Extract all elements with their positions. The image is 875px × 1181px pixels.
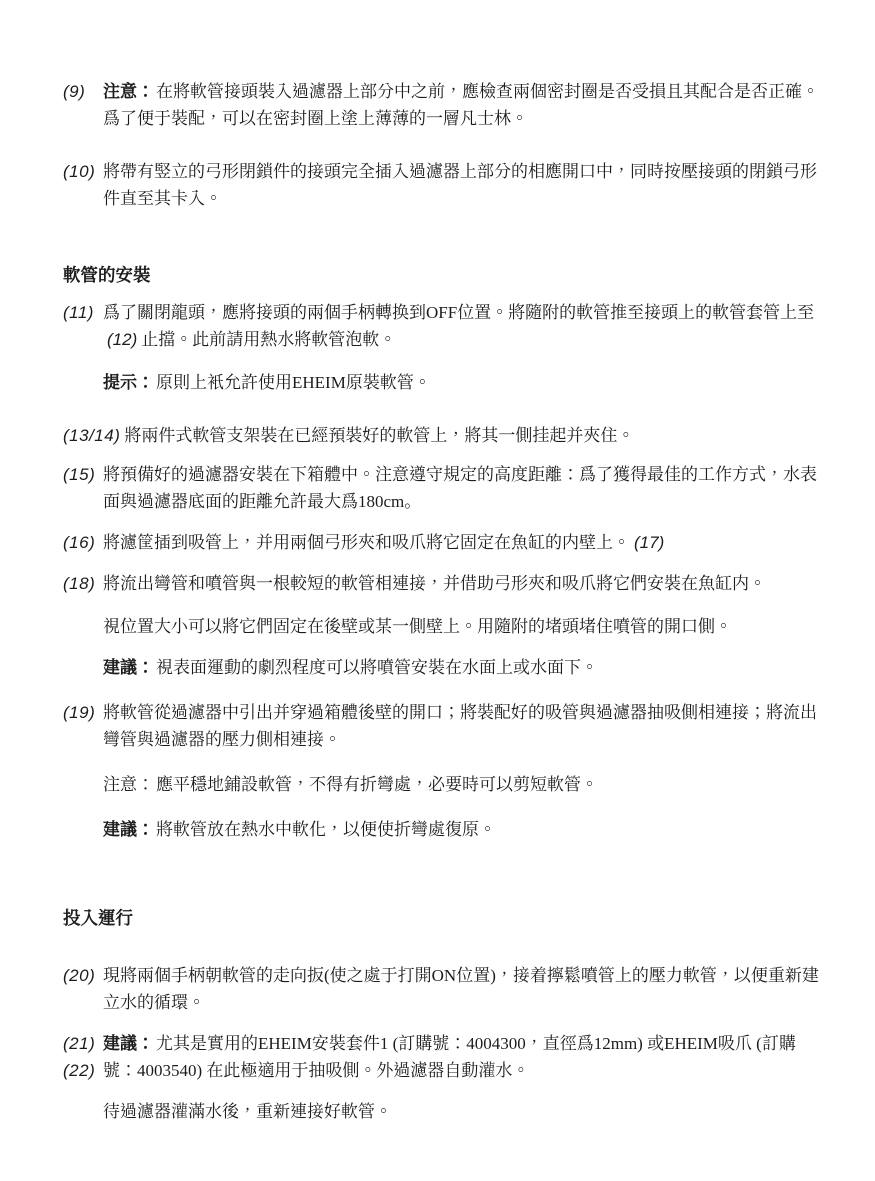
advice-label: 建議： xyxy=(103,658,154,677)
item-number: (20) xyxy=(63,962,99,989)
section-heading-operation: 投入運行 xyxy=(63,905,825,932)
list-item-15: (15)將預備好的過濾器安裝在下箱體中。注意遵守規定的高度距離：爲了獲得最佳的工… xyxy=(63,461,825,515)
list-item-21: (21)建議：尤其是實用的EHEIM安裝套件1 (訂購號：4004300，直徑爲… xyxy=(63,1030,825,1057)
advice-label: 建議： xyxy=(103,1034,154,1053)
item-number: (9) xyxy=(63,78,99,105)
item-text: 尤其是實用的EHEIM安裝套件1 (訂購號：4004300，直徑爲12mm) 或… xyxy=(156,1034,796,1053)
item-text: 將濾筐插到吸管上，并用兩個弓形夾和吸爪將它固定在魚缸的内壁上。 xyxy=(103,533,630,552)
manual-page: (9)注意：在將軟管接頭裝入過濾器上部分中之前，應檢查兩個密封圈是否受損且其配合… xyxy=(0,0,875,1181)
note-label: 注意： xyxy=(103,775,154,794)
list-item-22: (22)號：4003540) 在此極適用于抽吸側。外過濾器自動灌水。 xyxy=(63,1057,825,1084)
note-paragraph: 注意：應平穩地鋪設軟管，不得有折彎處，必要時可以剪短軟管。 xyxy=(103,771,825,798)
section-heading-hose-installation: 軟管的安裝 xyxy=(63,262,825,289)
list-item-20: (20)現將兩個手柄朝軟管的走向扳(使之處于打開ON位置)，接着擰鬆噴管上的壓力… xyxy=(63,962,825,1016)
note-text: 應平穩地鋪設軟管，不得有折彎處，必要時可以剪短軟管。 xyxy=(156,775,598,794)
item-number: (16) xyxy=(63,529,99,556)
list-item-19: (19)將軟管從過濾器中引出并穿過箱體後壁的開口；將裝配好的吸管與過濾器抽吸側相… xyxy=(63,699,825,753)
list-item-9: (9)注意：在將軟管接頭裝入過濾器上部分中之前，應檢查兩個密封圈是否受損且其配合… xyxy=(63,78,825,132)
advice-paragraph: 建議：視表面運動的劇烈程度可以將噴管安裝在水面上或水面下。 xyxy=(103,654,825,681)
paragraph-text: 待過濾器灌滿水後，重新連接好軟管。 xyxy=(103,1102,392,1121)
closing-paragraph: 待過濾器灌滿水後，重新連接好軟管。 xyxy=(103,1098,825,1125)
paragraph-text: 視位置大小可以將它們固定在後壁或某一側壁上。用隨附的堵頭堵住噴管的開口側。 xyxy=(103,617,732,636)
item-number: (11) xyxy=(63,299,99,326)
item-text: 將兩件式軟管支架裝在已經預裝好的軟管上，將其一側挂起并夾住。 xyxy=(124,426,634,445)
item-number: (21) xyxy=(63,1030,99,1057)
item-text: 止擋。此前請用熱水將軟管泡軟。 xyxy=(141,330,396,349)
tip-text: 原則上衹允許使用EHEIM原裝軟管。 xyxy=(156,373,431,392)
list-item-10: (10)將帶有竪立的弓形閉鎖件的接頭完全插入過濾器上部分的相應開口中，同時按壓接… xyxy=(63,158,825,212)
tip-paragraph: 提示：原則上衹允許使用EHEIM原裝軟管。 xyxy=(103,369,825,396)
item-text: 在將軟管接頭裝入過濾器上部分中之前，應檢查兩個密封圈是否受損且其配合是否正確。爲… xyxy=(103,82,819,128)
advice-paragraph: 建議：將軟管放在熱水中軟化，以便使折彎處復原。 xyxy=(103,816,825,843)
item-text: 號：4003540) 在此極適用于抽吸側。外過濾器自動灌水。 xyxy=(103,1061,529,1080)
item-text: 爲了關閉龍頭，應將接頭的兩個手柄轉换到OFF位置。將隨附的軟管推至接頭上的軟管套… xyxy=(103,303,814,322)
list-item-18: (18)將流出彎管和噴管與一根較短的軟管相連接，并借助弓形夾和吸爪將它們安裝在魚… xyxy=(63,570,825,597)
advice-text: 將軟管放在熱水中軟化，以便使折彎處復原。 xyxy=(156,820,496,839)
item-number: (10) xyxy=(63,158,99,185)
tip-label: 提示： xyxy=(103,373,154,392)
figure-ref-12: (12) xyxy=(107,330,137,349)
figure-ref-17: (17) xyxy=(634,533,664,552)
item-text: 將流出彎管和噴管與一根較短的軟管相連接，并借助弓形夾和吸爪將它們安裝在魚缸内。 xyxy=(103,574,766,593)
note-label: 注意： xyxy=(103,82,154,101)
advice-text: 視表面運動的劇烈程度可以將噴管安裝在水面上或水面下。 xyxy=(156,658,598,677)
item-number: (18) xyxy=(63,570,99,597)
advice-label: 建議： xyxy=(103,820,154,839)
item-number: (15) xyxy=(63,461,99,488)
item-text: 將帶有竪立的弓形閉鎖件的接頭完全插入過濾器上部分的相應開口中，同時按壓接頭的閉鎖… xyxy=(103,162,817,208)
list-item-11: (11)爲了關閉龍頭，應將接頭的兩個手柄轉换到OFF位置。將隨附的軟管推至接頭上… xyxy=(63,299,825,353)
list-item-13-14: (13/14)將兩件式軟管支架裝在已經預裝好的軟管上，將其一側挂起并夾住。 xyxy=(63,422,825,449)
item-text: 現將兩個手柄朝軟管的走向扳(使之處于打開ON位置)，接着擰鬆噴管上的壓力軟管，以… xyxy=(103,966,819,1012)
item-number: (13/14) xyxy=(63,422,120,449)
continuation-paragraph: 視位置大小可以將它們固定在後壁或某一側壁上。用隨附的堵頭堵住噴管的開口側。 xyxy=(103,613,825,640)
item-text: 將預備好的過濾器安裝在下箱體中。注意遵守規定的高度距離：爲了獲得最佳的工作方式，… xyxy=(103,465,817,511)
item-number: (19) xyxy=(63,699,99,726)
item-number: (22) xyxy=(63,1057,99,1084)
list-item-16: (16)將濾筐插到吸管上，并用兩個弓形夾和吸爪將它固定在魚缸的内壁上。(17) xyxy=(63,529,825,556)
item-text: 將軟管從過濾器中引出并穿過箱體後壁的開口；將裝配好的吸管與過濾器抽吸側相連接；將… xyxy=(103,703,817,749)
